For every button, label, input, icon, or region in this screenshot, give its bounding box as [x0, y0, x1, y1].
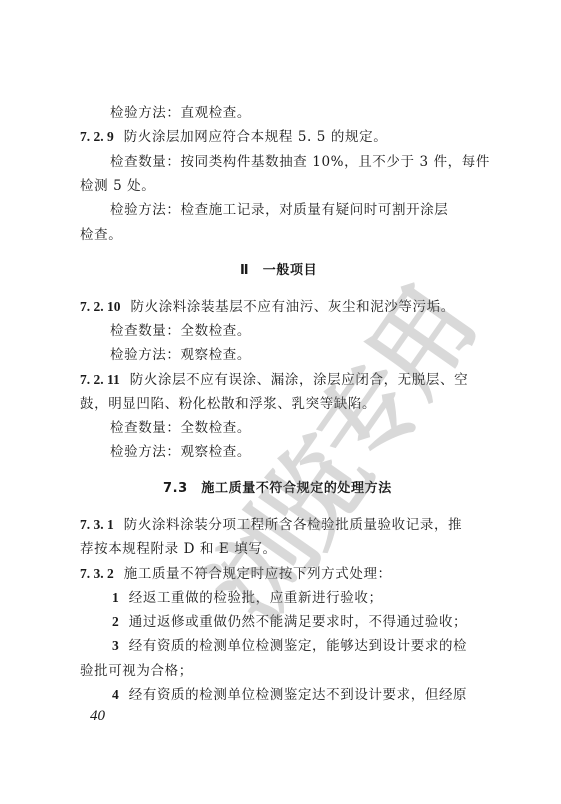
text-line: 鼓，明显凹陷、粉化松散和浮浆、乳突等缺陷。	[80, 395, 376, 413]
text-line: 检验方法：观察检查。	[110, 346, 251, 364]
text-line: 检查数量：全数检查。	[110, 419, 251, 437]
clause-7-2-11: 7. 2. 11防火涂层不应有误涂、漏涂，涂层应闭合，无脱层、空	[80, 371, 468, 389]
list-item-1: 1经返工重做的检验批，应重新进行验收；	[112, 589, 383, 607]
text-line: 检测 5 处。	[80, 177, 155, 195]
list-item-3: 3经有资质的检测单位检测鉴定，能够达到设计要求的检	[112, 637, 467, 655]
clause-7-2-10: 7. 2. 10防火涂料涂装基层不应有油污、灰尘和泥沙等污垢。	[80, 298, 455, 316]
text-line: 检查数量：按同类构件基数抽查 10%，且不少于 3 件，每件	[110, 153, 490, 171]
clause-7-3-1: 7. 3. 1防火涂料涂装分项工程所含各检验批质量验收记录，推	[80, 516, 462, 534]
text-line: 检验方法：直观检查。	[110, 104, 251, 122]
text-line: 荐按本规程附录 D 和 E 填写。	[80, 540, 277, 558]
clause-7-2-9: 7. 2. 9防火涂层加网应符合本规程 5. 5 的规定。	[80, 128, 387, 146]
page-number: 40	[90, 708, 105, 725]
clause-7-3-2: 7. 3. 2施工质量不符合规定时应按下列方式处理：	[80, 565, 392, 583]
section-heading-7-3: 7.3 施工质量不符合规定的处理方法	[163, 480, 392, 498]
text-line: 检查。	[80, 226, 122, 244]
list-item-4: 4经有资质的检测单位检测鉴定达不到设计要求，但经原	[112, 686, 467, 704]
document-page: 检验方法：直观检查。 7. 2. 9防火涂层加网应符合本规程 5. 5 的规定。…	[0, 0, 561, 804]
text-line: 检验方法：检查施工记录，对质量有疑问时可割开涂层	[110, 201, 448, 219]
list-item-2: 2通过返修或重做仍然不能满足要求时，不得通过验收；	[112, 613, 467, 631]
text-line: 检查数量：全数检查。	[110, 322, 251, 340]
section-heading-general: Ⅱ 一般项目	[240, 262, 317, 280]
text-line: 检验方法：观察检查。	[110, 443, 251, 461]
text-line: 验批可视为合格；	[80, 662, 193, 680]
